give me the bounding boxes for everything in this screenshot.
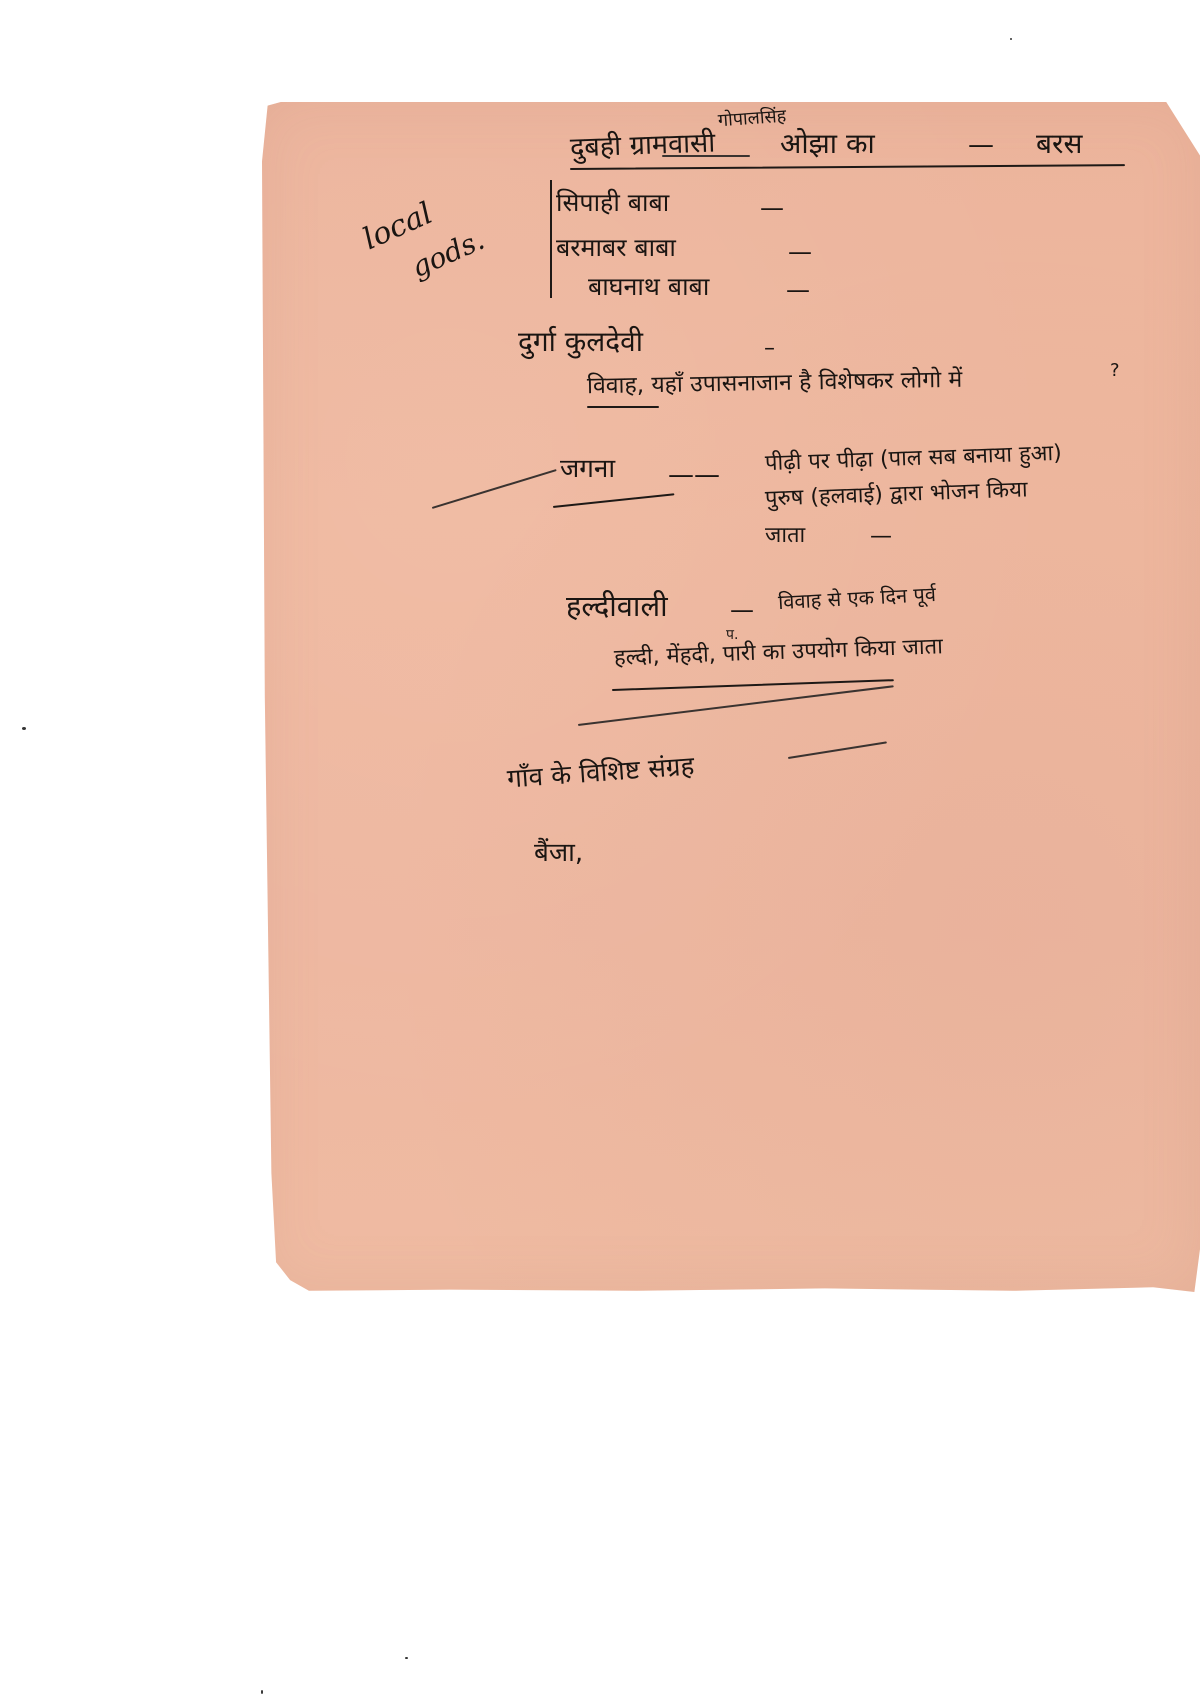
list-item: सिपाही बाबा	[556, 190, 669, 215]
list-item-dash: —	[788, 240, 812, 264]
list-item: बाघनाथ बाबा	[588, 274, 709, 299]
list-item-dash: —	[786, 278, 810, 302]
kuldevi-question-mark: ?	[1110, 362, 1120, 380]
heading-suffix: बरस	[1036, 130, 1082, 158]
scan-speck	[261, 1690, 263, 1694]
heading-dash: —	[968, 132, 994, 158]
handwritten-page	[262, 102, 1200, 1292]
village-item: बैंजा,	[534, 840, 583, 866]
haldi-term: हल्दीवाली	[566, 592, 668, 621]
heading-insert: गोपालसिंह	[717, 108, 786, 131]
kuldevi-title: दुर्गा कुलदेवी	[518, 328, 643, 356]
list-item-dash: —	[760, 196, 784, 220]
list-bracket	[550, 180, 552, 298]
haldi-superscript: प.	[726, 628, 738, 642]
kuldevi-underline	[587, 406, 659, 408]
jagna-line3-dash: —	[870, 526, 892, 548]
haldi-dash: —	[730, 598, 754, 622]
jagna-term: जगना	[560, 456, 615, 482]
scan-speck	[1010, 38, 1012, 40]
heading-underline-short	[662, 155, 750, 157]
scan-speck	[22, 727, 26, 730]
jagna-dash: ——	[668, 462, 720, 488]
list-item: बरमाबर बाबा	[556, 235, 676, 260]
kuldevi-dash: –	[764, 338, 775, 360]
heading-continuation: ओझा का	[780, 130, 875, 158]
scan-speck	[405, 1657, 408, 1659]
heading-main: दुबही ग्रामवासी	[570, 129, 716, 161]
jagna-line3: जाता	[765, 525, 805, 547]
